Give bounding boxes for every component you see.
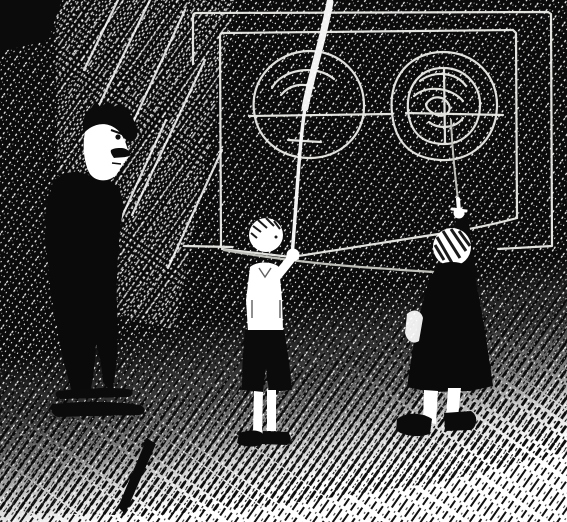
boy-shoe-right xyxy=(262,431,291,445)
right-face-vertical-line xyxy=(444,69,445,143)
girl-fingers xyxy=(452,209,466,211)
girl-shoe-right xyxy=(444,411,476,431)
man-foot-lower xyxy=(51,402,145,417)
boy-sock-left xyxy=(253,391,263,433)
illustration-canvas xyxy=(0,0,567,522)
man-mouth xyxy=(112,163,121,164)
boy-sock-right xyxy=(267,390,276,431)
boy-hand xyxy=(287,249,300,262)
boy-shirt xyxy=(246,263,283,332)
boy-eye xyxy=(275,236,278,239)
boy-shoe-left xyxy=(237,430,263,446)
chalk-frame-outer-bottom-left xyxy=(184,246,232,247)
girl-shoe-left xyxy=(396,414,432,436)
illustration xyxy=(0,0,567,522)
man-eye xyxy=(115,134,120,139)
